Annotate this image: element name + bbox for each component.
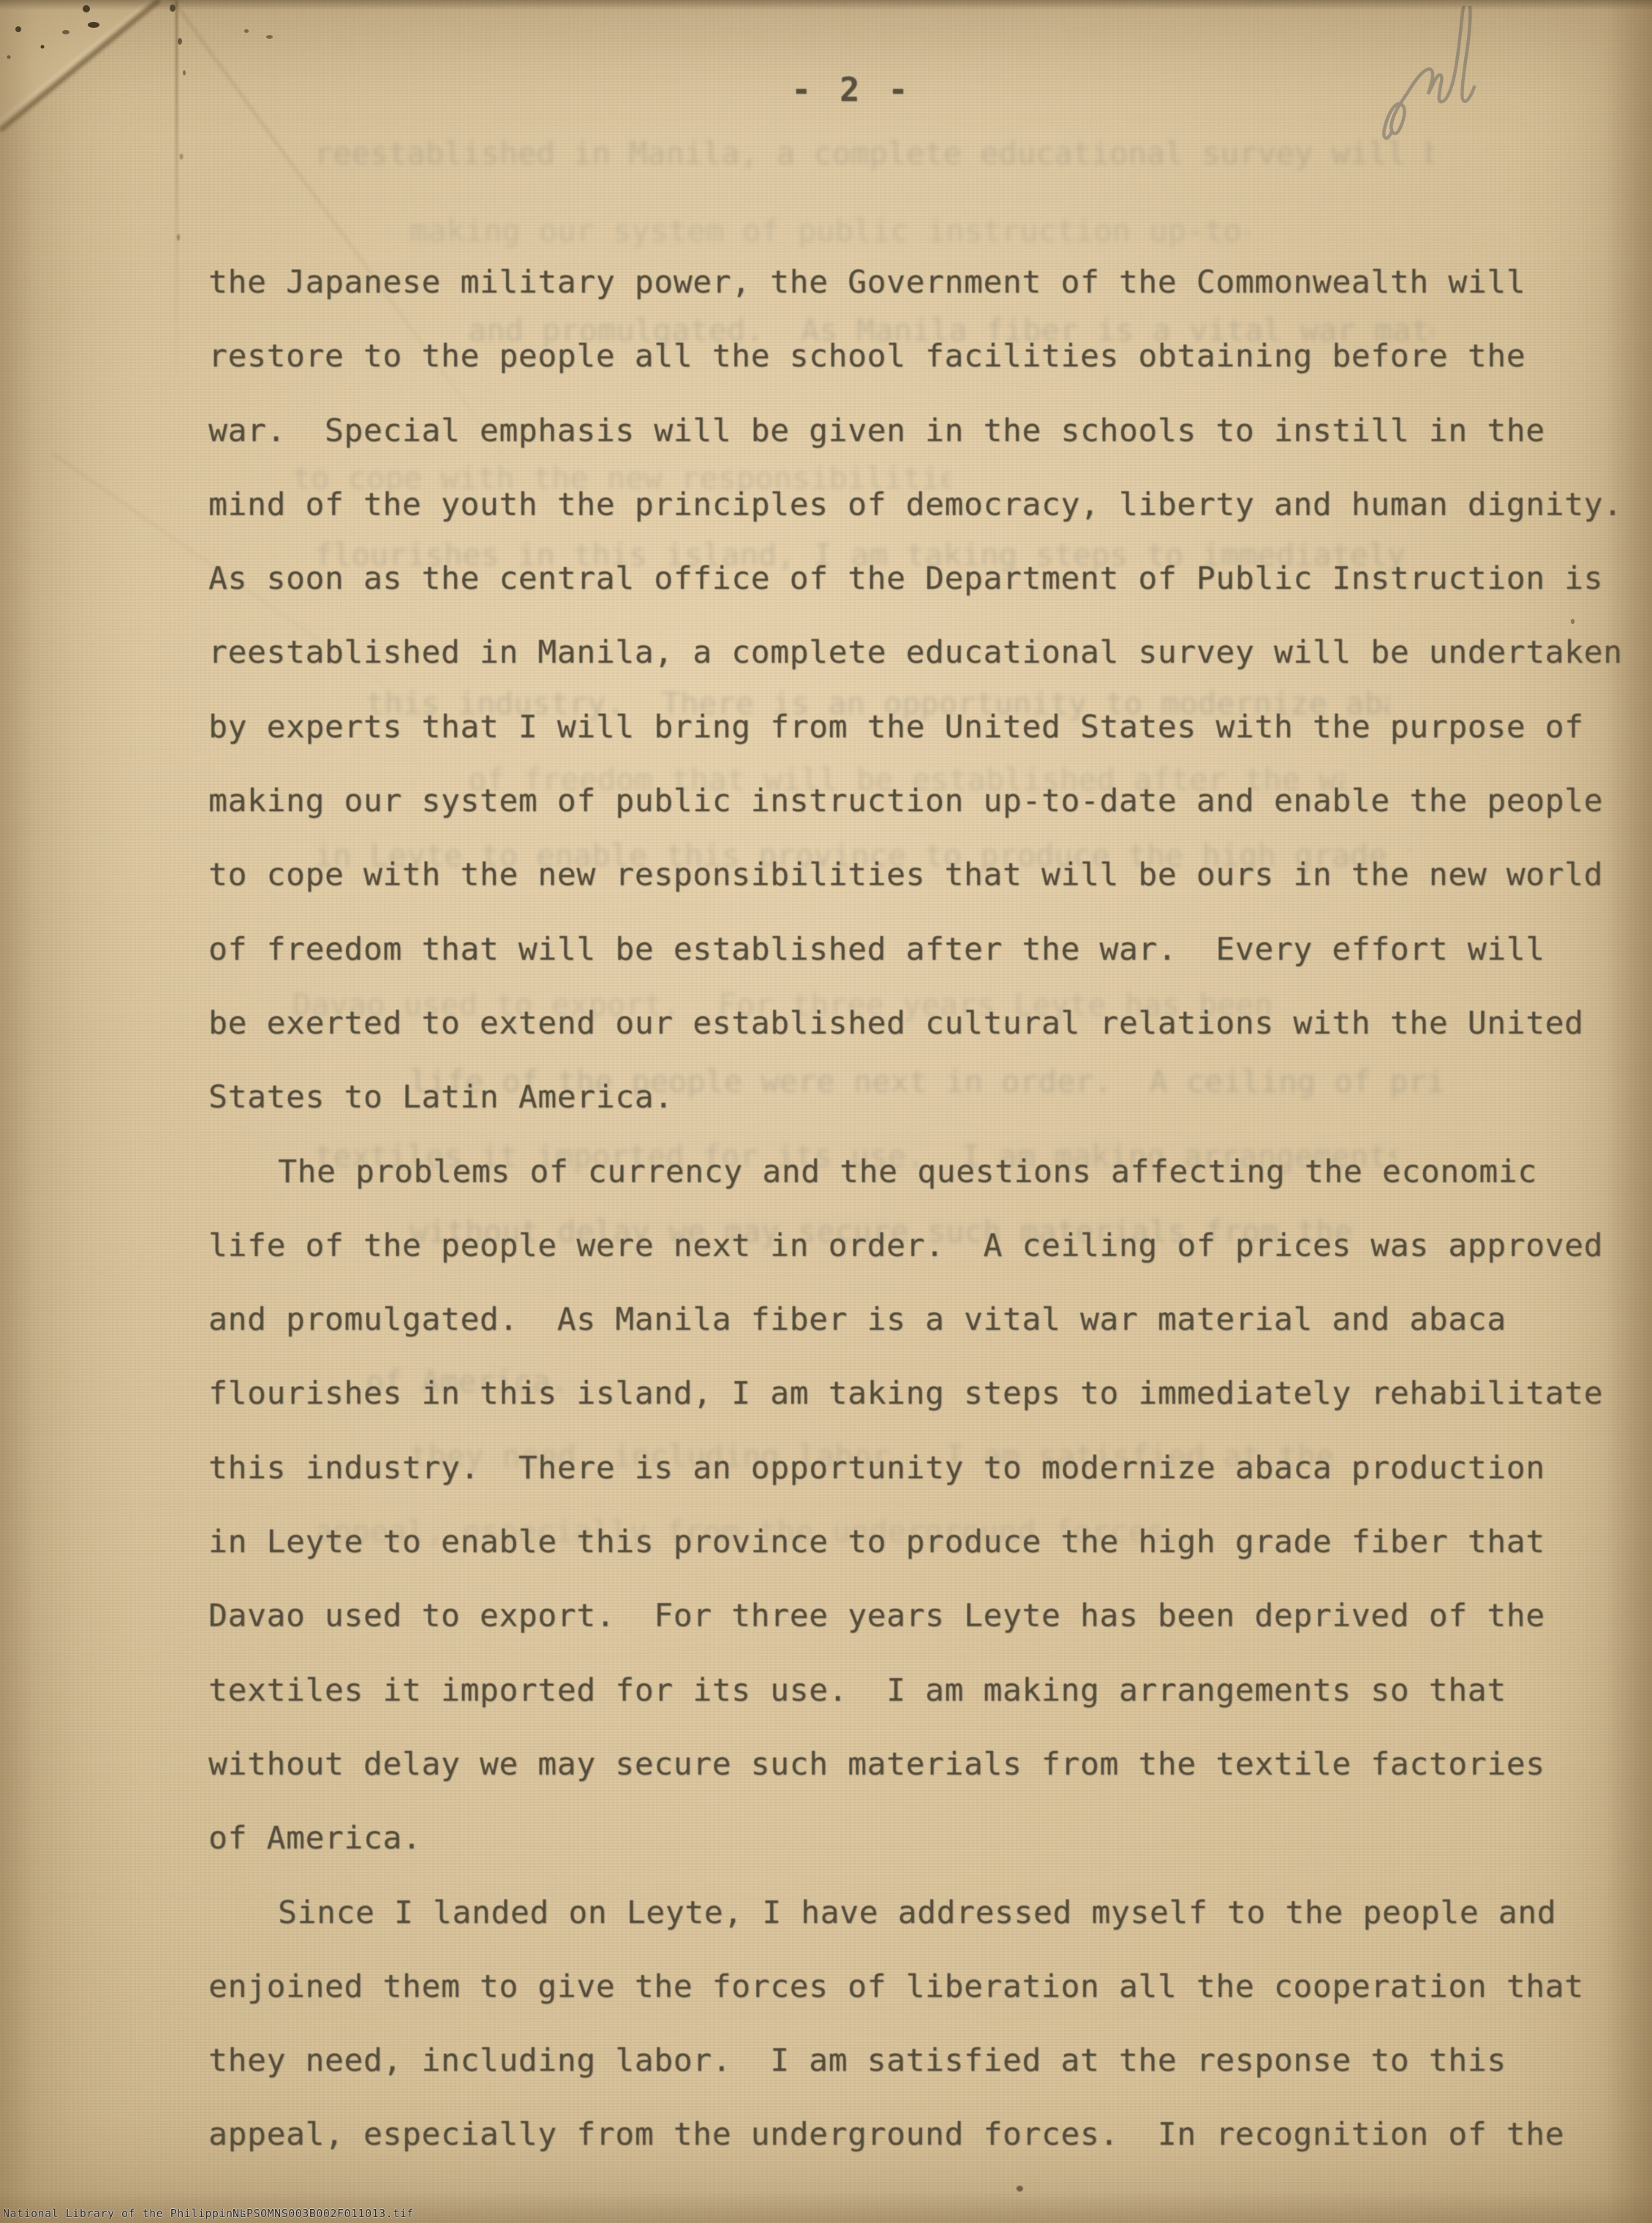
text-line: As soon as the central office of the Dep… [208,561,1605,635]
page-number: - 2 - [791,70,912,109]
text-line: without delay we may secure such materia… [208,1747,1605,1821]
ink-speck [183,70,186,75]
text-line: be exerted to extend our established cul… [208,1006,1605,1080]
text-line: in Leyte to enable this province to prod… [208,1524,1605,1598]
ghost-text-line: making our system of public instruction … [410,214,1251,252]
text-line: they need, including labor. I am satisfi… [208,2043,1605,2117]
handwritten-pencil-annotation [1373,6,1498,152]
text-line: Since I landed on Leyte, I have addresse… [208,1895,1605,1969]
text-line: appeal, especially from the underground … [208,2117,1605,2191]
text-line: enjoined them to give the forces of libe… [208,1969,1605,2043]
ink-speck [266,35,273,39]
ink-speck [178,38,182,45]
text-line: to cope with the new responsibilities th… [208,857,1605,931]
text-line: war. Special emphasis will be given in t… [208,413,1605,487]
text-line: textiles it imported for its use. I am m… [208,1673,1605,1747]
library-credit-label: National Library of the Philippines [3,2207,247,2220]
text-line: The problems of currency and the questio… [208,1154,1605,1228]
ghost-text-line: reestablished in Manila, a complete educ… [314,136,1433,174]
text-line: making our system of public instruction … [208,783,1605,857]
ink-speck [177,234,180,241]
scan-filename-label: NLPSOMNS003B002F011013.tif [233,2207,414,2220]
text-line: and promulgated. As Manila fiber is a vi… [208,1302,1605,1376]
corner-fold [0,0,205,168]
text-line: the Japanese military power, the Governm… [208,265,1605,339]
ink-speck [170,4,176,12]
ink-speck [244,29,249,33]
text-line: restore to the people all the school fac… [208,339,1605,413]
text-line: States to Latin America. [208,1080,1605,1154]
text-line: by experts that I will bring from the Un… [208,710,1605,783]
text-line: reestablished in Manila, a complete educ… [208,635,1605,709]
typewritten-text-block: the Japanese military power, the Governm… [208,265,1605,2192]
text-line: of America. [208,1821,1605,1895]
scanned-document-page: reestablished in Manila, a complete educ… [0,0,1652,2223]
text-line: Davao used to export. For three years Le… [208,1598,1605,1672]
ink-speck [180,154,183,159]
vertical-crease [176,0,178,380]
text-line: flourishes in this island, I am taking s… [208,1376,1605,1450]
text-line: of freedom that will be established afte… [208,932,1605,1006]
text-line: mind of the youth the principles of demo… [208,487,1605,561]
text-line: this industry. There is an opportunity t… [208,1451,1605,1524]
text-line: life of the people were next in order. A… [208,1228,1605,1302]
